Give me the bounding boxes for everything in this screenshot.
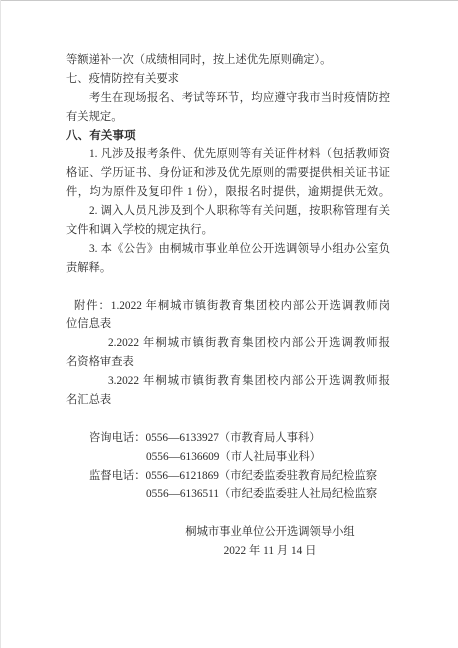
section-heading: 八、有关事项 <box>66 127 390 146</box>
paragraph-line: 3. 本《公告》由桐城市事业单位公开选调领导小组办公室负 <box>66 240 390 259</box>
contact-phone-line: 监督电话：0556—6121869（市纪委监委驻教育局纪检监察组） <box>66 467 390 486</box>
attachment-line: 位信息表 <box>66 315 390 334</box>
contact-phone-line: 0556—6136609（市人社局事业科） <box>66 448 390 467</box>
paragraph-line: 有关规定。 <box>66 108 390 127</box>
attachment-line: 3.2022 年桐城市镇街教育集团校内部公开选调教师报 <box>66 372 390 391</box>
paragraph-line: 责解释。 <box>66 259 390 278</box>
paragraph-line: 格证、学历证书、身份证和涉及优先原则的需要提供相关证书证 <box>66 164 390 183</box>
paragraph-line: 件，均为原件及复印件 1 份），限报名时提供，逾期提供无效。 <box>66 183 390 202</box>
section-heading: 七、疫情防控有关要求 <box>66 70 390 89</box>
date-line: 2022 年 11 月 14 日 <box>66 542 390 561</box>
signature-line: 桐城市事业单位公开选调领导小组 <box>66 523 390 542</box>
paragraph-line: 考生在现场报名、考试等环节，均应遵守我市当时疫情防控 <box>66 89 390 108</box>
paragraph-line: 等额递补一次（成绩相同时，按上述优先原则确定）。 <box>66 51 390 70</box>
document-page: 等额递补一次（成绩相同时，按上述优先原则确定）。 七、疫情防控有关要求 考生在现… <box>0 0 458 648</box>
blank-line <box>66 278 390 297</box>
paragraph-line: 文件和调入学校的规定执行。 <box>66 221 390 240</box>
contact-phone-line: 咨询电话：0556—6133927（市教育局人事科） <box>66 429 390 448</box>
document-text-column: 等额递补一次（成绩相同时，按上述优先原则确定）。 七、疫情防控有关要求 考生在现… <box>66 51 390 561</box>
contact-phone-line: 0556—6136511（市纪委监委驻人社局纪检监察组） <box>66 485 390 504</box>
attachment-line: 附件：1.2022 年桐城市镇街教育集团校内部公开选调教师岗 <box>66 297 390 316</box>
scan-edge-left-artifact <box>0 0 1 648</box>
scan-edge-top-artifact <box>0 0 458 1</box>
blank-line <box>66 504 390 523</box>
blank-line <box>66 410 390 429</box>
paragraph-line: 1. 凡涉及报考条件、优先原则等有关证件材料（包括教师资 <box>66 145 390 164</box>
attachment-line: 2.2022 年桐城市镇街教育集团校内部公开选调教师报 <box>66 334 390 353</box>
paragraph-line: 2. 调入人员凡涉及到个人职称等有关问题，按职称管理有关 <box>66 202 390 221</box>
attachment-line: 名资格审查表 <box>66 353 390 372</box>
attachment-line: 名汇总表 <box>66 391 390 410</box>
